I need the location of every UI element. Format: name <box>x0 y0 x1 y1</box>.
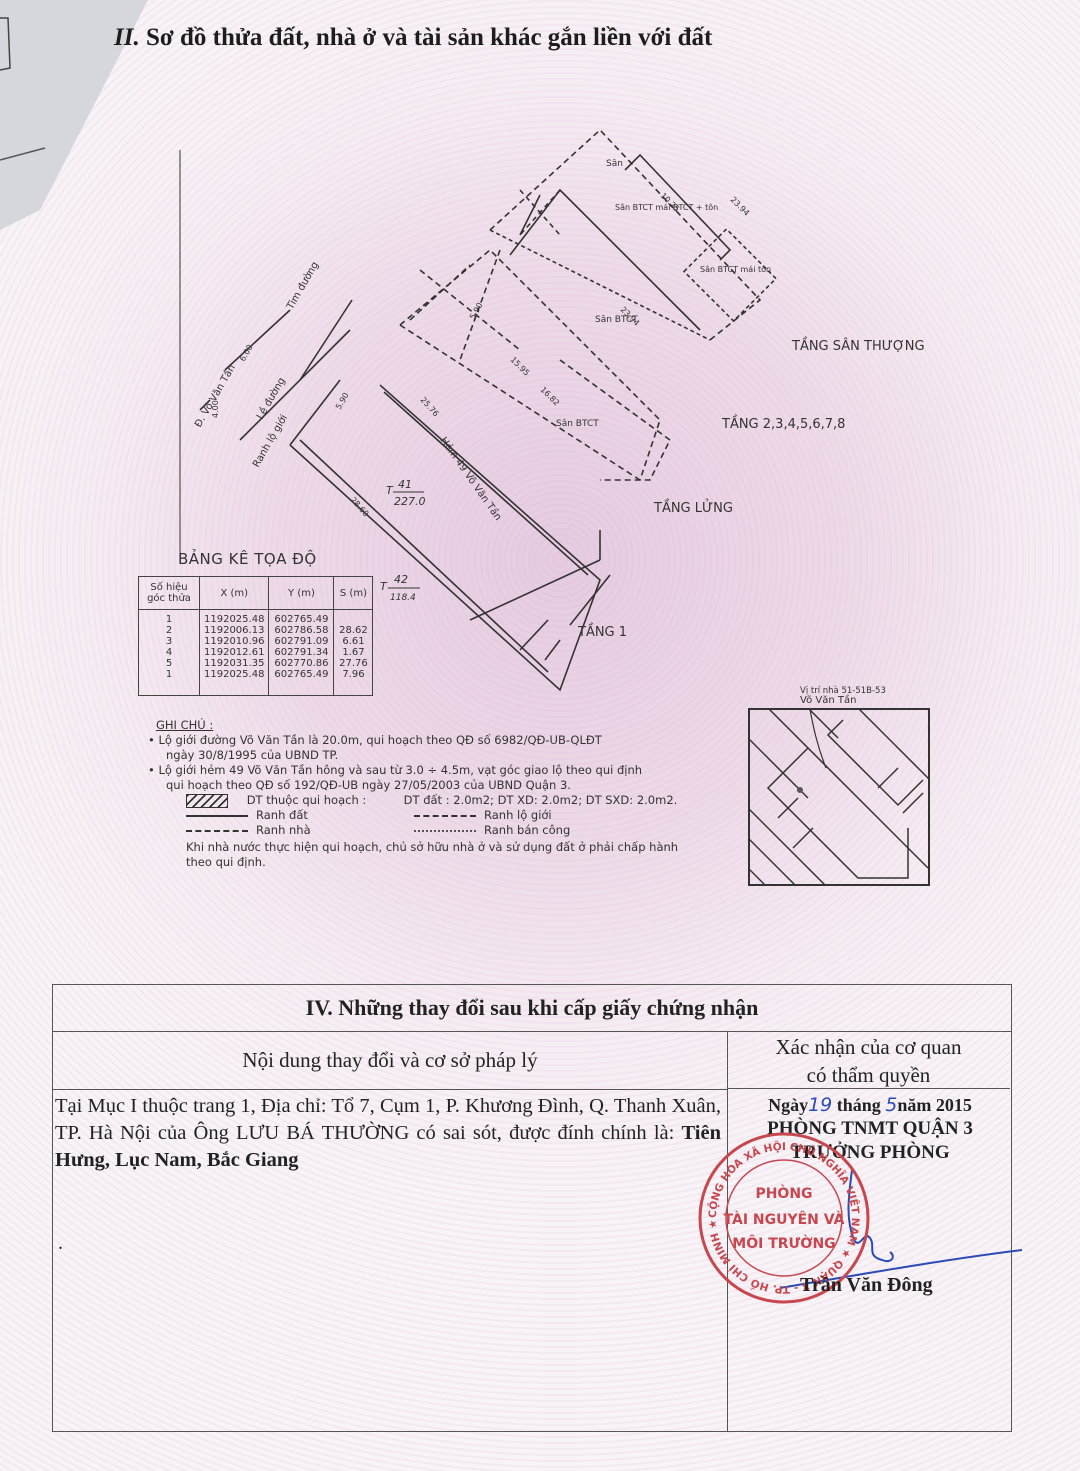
slab-label: Sân <box>606 159 623 169</box>
legend-house-boundary: Ranh nhà <box>256 823 406 838</box>
svg-text:15.95: 15.95 <box>509 355 532 378</box>
dotted-line-icon <box>414 830 476 832</box>
col-header-y: Y (m) <box>269 577 334 610</box>
svg-text:25.76: 25.76 <box>419 395 441 418</box>
handwritten-month: 5 <box>885 1094 897 1116</box>
parcel-sheet: 41 <box>398 478 412 491</box>
legend-road-boundary: Ranh lộ giới <box>484 808 688 823</box>
street-centerline-label: Tim đường <box>284 260 321 313</box>
dashed-line-icon <box>186 830 248 832</box>
floor-label-rooftop: TẦNG SÂN THƯỢNG <box>791 337 925 354</box>
y-column: 602765.49 602786.58 602791.09 602791.34 … <box>269 610 334 696</box>
changes-section-title: IV. Những thay đổi sau khi cấp giấy chứn… <box>53 985 1011 1032</box>
svg-text:5.90: 5.90 <box>334 391 351 411</box>
svg-text:23.94: 23.94 <box>729 195 752 218</box>
svg-text:4.00: 4.00 <box>211 400 220 418</box>
legend: DT thuộc qui hoạch : DT đất : 2.0m2; DT … <box>186 793 688 808</box>
street-label: Đ. Võ Văn Tần <box>192 362 238 429</box>
trailing-dot: . <box>58 1232 63 1255</box>
note-item: • Lộ giới hẻm 49 Võ Văn Tần hông và sau … <box>148 763 688 778</box>
adjacent-parcel-sheet: 42 <box>394 573 408 586</box>
col-header-content: Nội dung thay đổi và cơ sở pháp lý <box>53 1031 727 1090</box>
solid-line-icon <box>186 815 248 817</box>
boundary-label: Ranh lộ giới <box>250 413 290 470</box>
change-content: Tại Mục I thuộc trang 1, Địa chỉ: Tổ 7, … <box>55 1093 721 1174</box>
s-column: 28.62 6.61 1.67 27.76 7.96 <box>334 610 373 696</box>
long-dash-line-icon <box>414 815 476 817</box>
legend-planning-area: DT thuộc qui hoạch : <box>247 793 377 808</box>
col-header-confirmation: Xác nhận của cơ quan có thẩm quyền <box>727 1031 1010 1089</box>
note-item-cont: qui hoạch theo QĐ số 192/QĐ-UB ngày 27/0… <box>166 778 688 793</box>
col-header-x: X (m) <box>200 577 269 610</box>
point-column: 1 2 3 4 5 1 <box>139 610 200 696</box>
svg-text:28.60: 28.60 <box>349 495 371 518</box>
svg-text:6.00: 6.00 <box>238 343 255 363</box>
floor-label-ground: TẦNG 1 <box>577 623 627 640</box>
slab-label: Sân BTCT mái tôn <box>700 264 771 274</box>
note-item-cont: ngày 30/8/1995 của UBND TP. <box>166 748 688 763</box>
signer-name: Trần Văn Đông <box>800 1274 933 1297</box>
coordinate-table: Số hiệu góc thửa X (m) Y (m) S (m) 1 2 3… <box>138 576 373 696</box>
svg-text:5.90: 5.90 <box>468 301 485 321</box>
col-header-point: Số hiệu góc thửa <box>139 577 200 610</box>
svg-text:MÔI TRƯỜNG: MÔI TRƯỜNG <box>732 1234 835 1252</box>
parcel-area: 227.0 <box>394 495 426 508</box>
svg-text:T: T <box>380 580 388 593</box>
handwritten-day: 19 <box>808 1094 832 1116</box>
legend-planning-value: DT đất : 2.0m2; DT XD: 2.0m2; DT SXD: 2.… <box>404 793 688 808</box>
col-header-s: S (m) <box>334 577 373 610</box>
legend-lines: Ranh đất Ranh lộ giới Ranh nhà Ranh bán … <box>186 808 688 838</box>
svg-text:TÀI NGUYÊN VÀ: TÀI NGUYÊN VÀ <box>724 1211 845 1228</box>
notes-footer: Khi nhà nước thực hiện qui hoạch, chủ sở… <box>186 840 688 870</box>
note-item: • Lộ giới đường Võ Văn Tần là 20.0m, qui… <box>148 733 688 748</box>
legend-balcony-boundary: Ranh bán công <box>484 823 688 838</box>
floor-label-2-8: TẦNG 2,3,4,5,6,7,8 <box>721 415 845 432</box>
confirmation-date: Ngày19 tháng 5năm 2015 <box>731 1093 1009 1117</box>
x-column: 1192025.48 1192006.13 1192010.96 1192012… <box>200 610 269 696</box>
location-inset-map <box>748 708 930 886</box>
legend-land-boundary: Ranh đất <box>256 808 406 823</box>
svg-text:PHÒNG: PHÒNG <box>755 1184 812 1202</box>
coordinate-table-title: BẢNG KÊ TỌA ĐỘ <box>178 550 317 568</box>
notes-heading: GHI CHÚ : <box>156 718 688 733</box>
svg-text:T: T <box>386 484 394 497</box>
adjacent-parcel-area: 118.4 <box>390 593 416 603</box>
slab-label: Sân BTCT <box>556 419 599 429</box>
notes-block: GHI CHÚ : • Lộ giới đường Võ Văn Tần là … <box>148 718 688 870</box>
location-inset-label: Vị trí nhà 51-51B-53 Võ Văn Tần <box>800 686 886 706</box>
svg-text:16.82: 16.82 <box>539 385 562 408</box>
hatch-swatch-icon <box>186 794 228 808</box>
alley-label: Hẻm 49 Võ Văn Tần <box>438 435 505 523</box>
floor-label-mezzanine: TẦNG LỬNG <box>653 499 733 516</box>
